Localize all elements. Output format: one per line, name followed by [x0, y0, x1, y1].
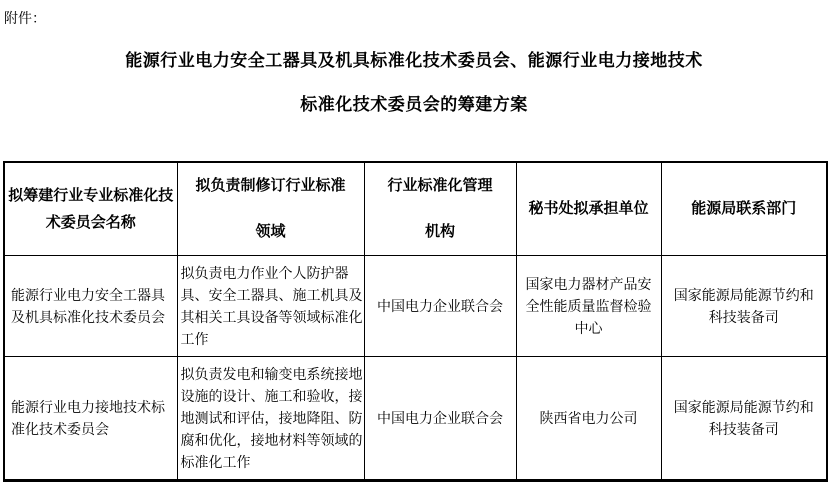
- table-row: 能源行业电力安全工器具 及机具标准化技术委员会 拟负责电力作业个人防护器 具、安…: [4, 256, 827, 357]
- committee-plan-table: 拟筹建行业专业标准化技 术委员会名称 拟负责制修订行业标准 领域 行业标准化管理…: [3, 161, 828, 482]
- cell-committee-name: 能源行业电力安全工器具 及机具标准化技术委员会: [4, 256, 177, 357]
- cell-standard-domain: 拟负责发电和输变电系统接地 设施的设计、施工和验收，接 地测试和评估，接地降阻、…: [177, 357, 364, 481]
- header-standard-domain: 拟负责制修订行业标准 领域: [177, 162, 364, 256]
- document-title-line-2: 标准化技术委员会的筹建方案: [0, 90, 828, 115]
- table-header-row: 拟筹建行业专业标准化技 术委员会名称 拟负责制修订行业标准 领域 行业标准化管理…: [4, 162, 827, 256]
- cell-nea-contact-dept: 国家能源局能源节约和 科技装备司: [661, 256, 827, 357]
- document-title-line-1: 能源行业电力安全工器具及机具标准化技术委员会、能源行业电力接地技术: [0, 46, 828, 71]
- table-row: 能源行业电力接地技术标 准化技术委员会 拟负责发电和输变电系统接地 设施的设计、…: [4, 357, 827, 481]
- document-page: 附件： 能源行业电力安全工器具及机具标准化技术委员会、能源行业电力接地技术 标准…: [0, 0, 828, 488]
- cell-nea-contact-dept: 国家能源局能源节约和 科技装备司: [661, 357, 827, 481]
- header-management-org: 行业标准化管理 机构: [364, 162, 516, 256]
- header-secretariat-unit: 秘书处拟承担单位: [516, 162, 661, 256]
- header-committee-name: 拟筹建行业专业标准化技 术委员会名称: [4, 162, 177, 256]
- cell-secretariat-unit: 陕西省电力公司: [516, 357, 661, 481]
- header-nea-contact-dept: 能源局联系部门: [661, 162, 827, 256]
- cell-committee-name: 能源行业电力接地技术标 准化技术委员会: [4, 357, 177, 481]
- cell-management-org: 中国电力企业联合会: [364, 357, 516, 481]
- cell-standard-domain: 拟负责电力作业个人防护器 具、安全工器具、施工机具及 其相关工具设备等领域标准化…: [177, 256, 364, 357]
- cell-management-org: 中国电力企业联合会: [364, 256, 516, 357]
- attachment-label: 附件：: [4, 8, 46, 28]
- cell-secretariat-unit: 国家电力器材产品安 全性能质量监督检验 中心: [516, 256, 661, 357]
